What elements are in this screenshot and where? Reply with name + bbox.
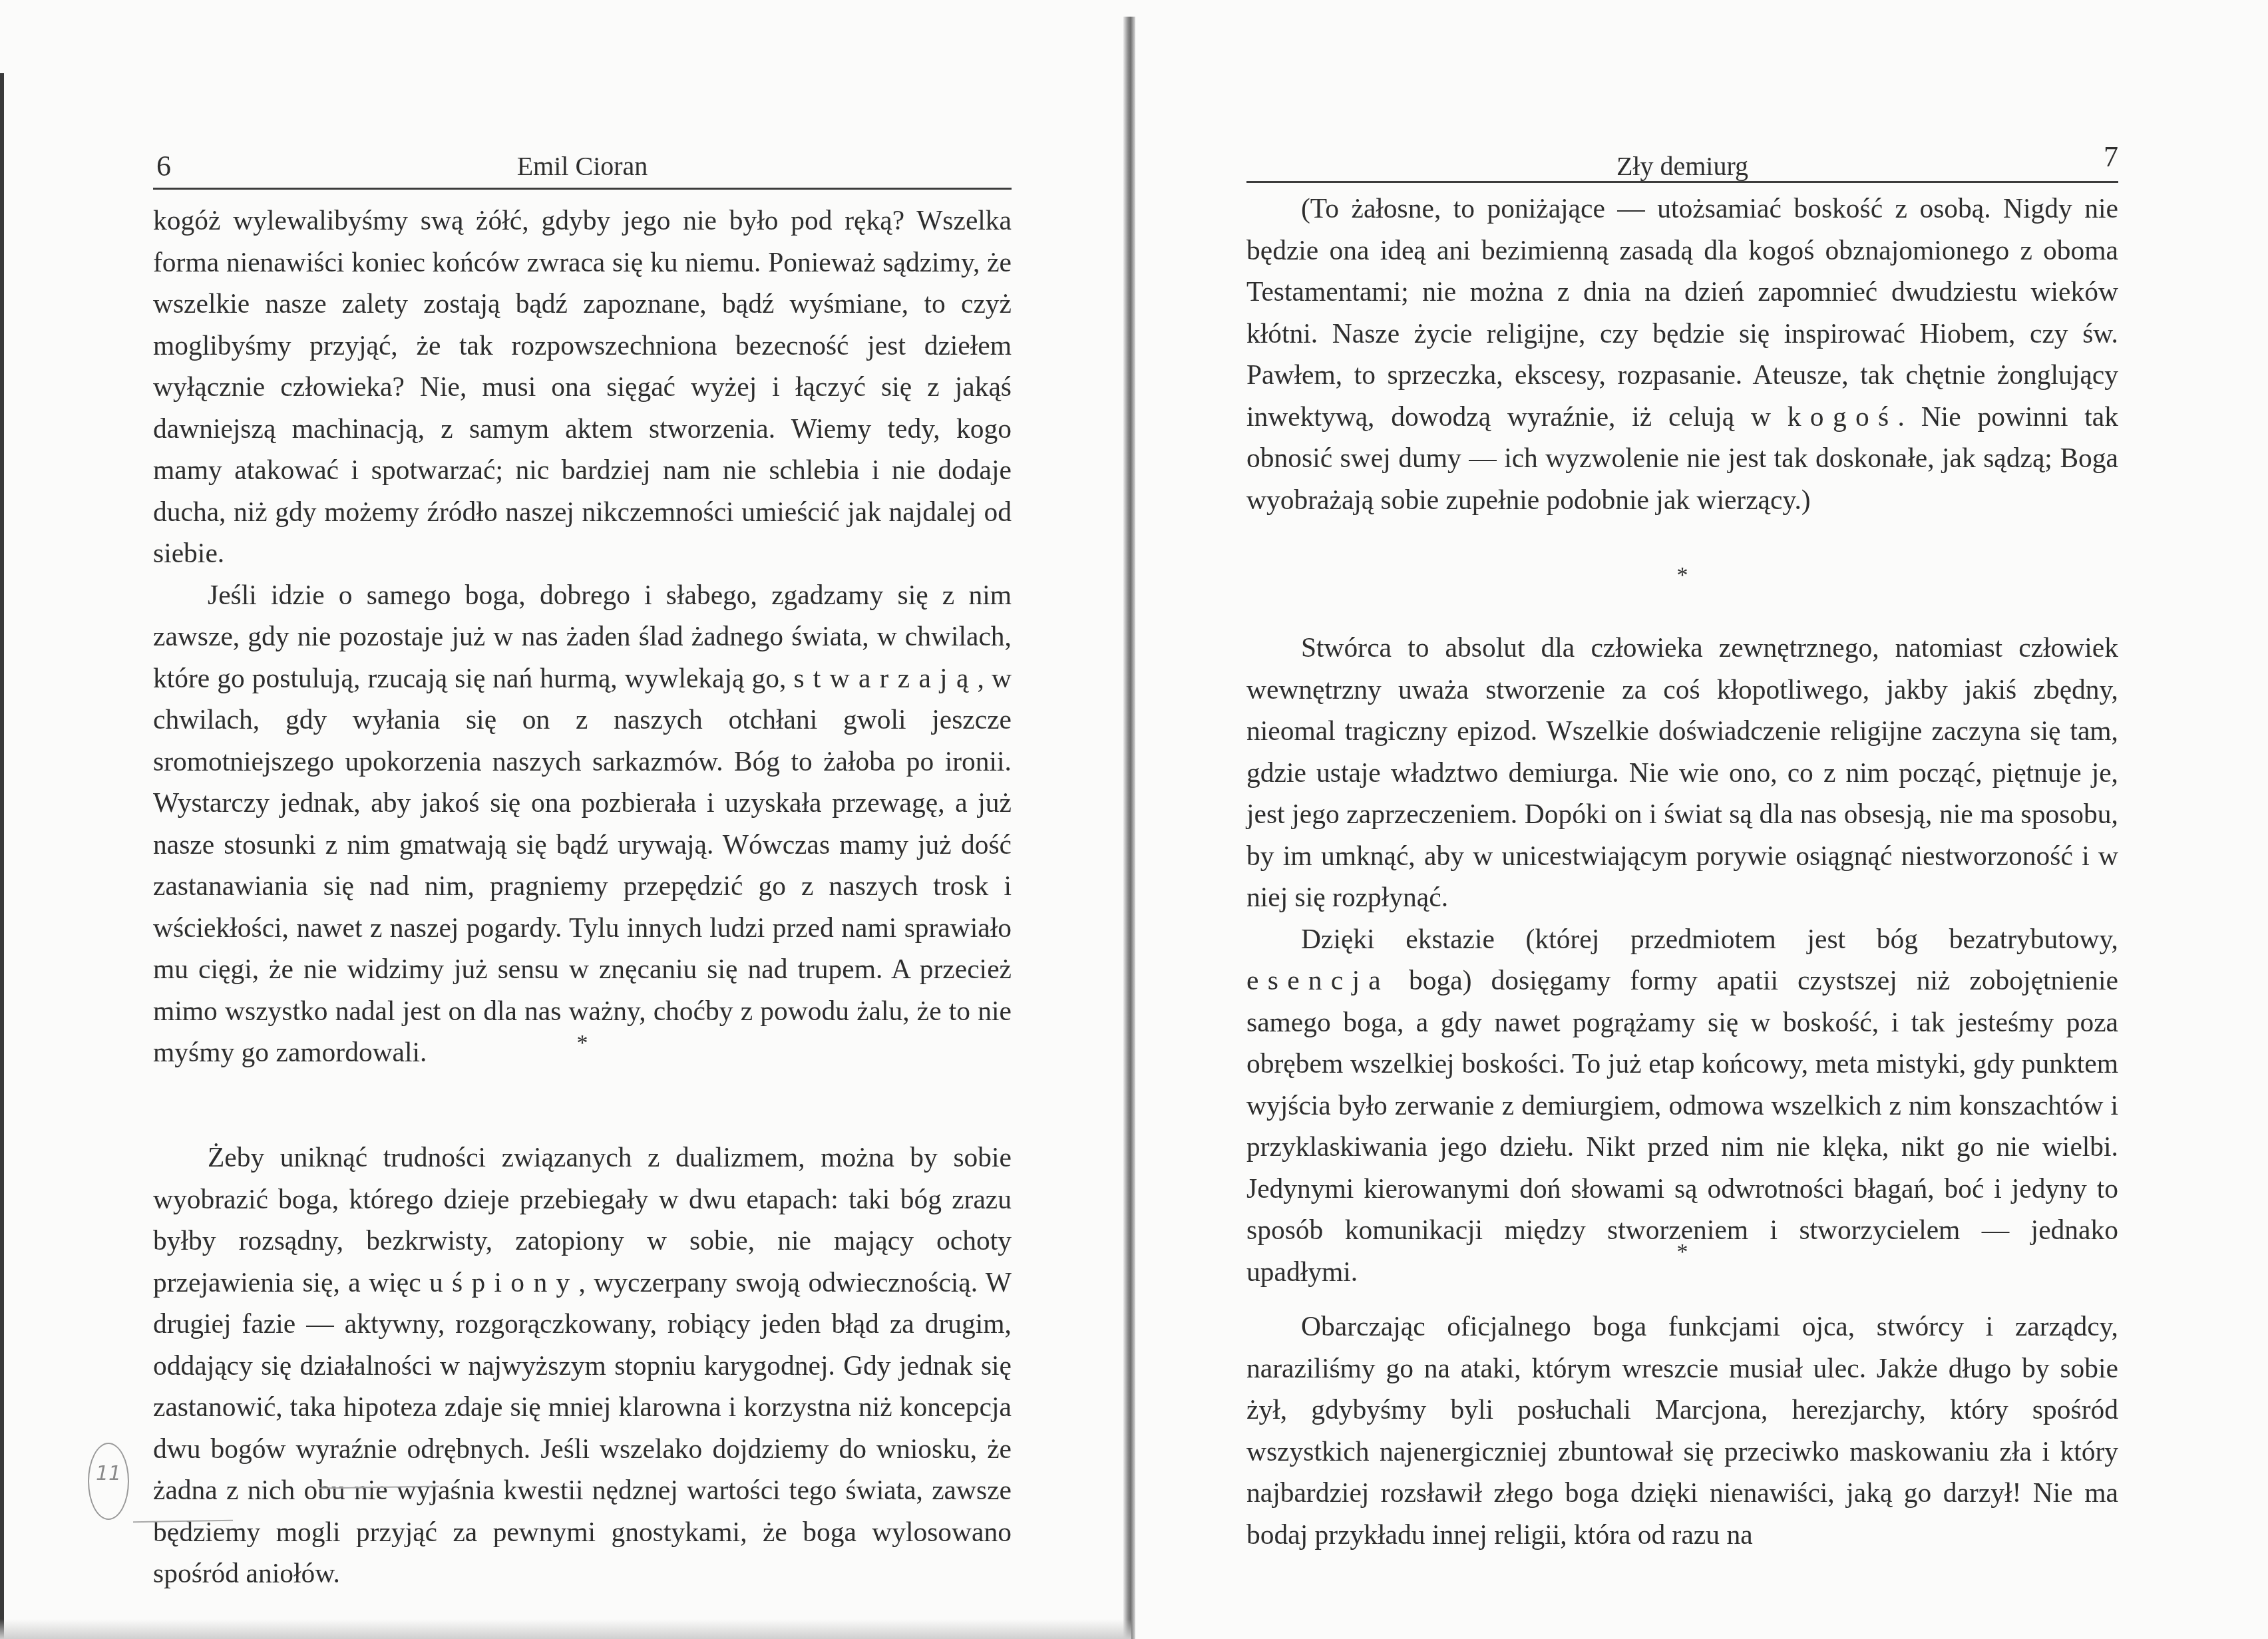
running-head-title: Zły demiurg xyxy=(1246,150,2118,183)
emphasis-spaced: stwarzają xyxy=(793,663,977,693)
paragraph: kogóż wylewalibyśmy swą żółć, gdyby jego… xyxy=(153,200,1012,574)
paragraph: Obarczając oficjalnego boga funkcjami oj… xyxy=(1246,1306,2118,1555)
book-gutter xyxy=(1123,17,1135,1639)
section-separator: * xyxy=(153,1030,1012,1057)
section-separator: * xyxy=(1246,562,2118,589)
pencil-margin-annotation: 11 xyxy=(88,1443,129,1520)
emphasis-spaced: esencja xyxy=(1246,965,1390,996)
body-text-block-2: Stwórca to absolut dla człowieka zewnętr… xyxy=(1246,627,2118,1292)
emphasis-spaced: kogoś xyxy=(1788,401,1898,432)
scan-edge-left xyxy=(0,73,4,1639)
paragraph: Żeby uniknąć trudności związanych z dual… xyxy=(153,1137,1012,1594)
emphasis-spaced: uśpiony xyxy=(429,1267,578,1298)
scan-shadow-bottom xyxy=(0,1619,1131,1639)
paragraph: (To żałosne, to poniżające — utożsamiać … xyxy=(1246,188,2118,520)
paragraph: Dzięki ekstazie (której przedmiotem jest… xyxy=(1246,918,2118,1293)
running-head: 6 Emil Cioran xyxy=(153,150,1012,183)
body-text-block-1: (To żałosne, to poniżające — utożsamiać … xyxy=(1246,188,2118,520)
header-rule xyxy=(1246,181,2118,183)
running-head: Zły demiurg 7 xyxy=(1246,150,2118,183)
body-text-block-3: Obarczając oficjalnego boga funkcjami oj… xyxy=(1246,1306,2118,1555)
running-head-author: Emil Cioran xyxy=(153,150,1012,183)
paragraph: Stwórca to absolut dla człowieka zewnętr… xyxy=(1246,627,2118,918)
paragraph: Jeśli idzie o samego boga, dobrego i sła… xyxy=(153,574,1012,1073)
section-separator: * xyxy=(1246,1239,2118,1266)
body-text-block-1: kogóż wylewalibyśmy swą żółć, gdyby jego… xyxy=(153,200,1012,1073)
page-number: 7 xyxy=(2104,140,2118,174)
body-text-block-2: Żeby uniknąć trudności związanych z dual… xyxy=(153,1137,1012,1594)
header-rule xyxy=(153,188,1012,190)
